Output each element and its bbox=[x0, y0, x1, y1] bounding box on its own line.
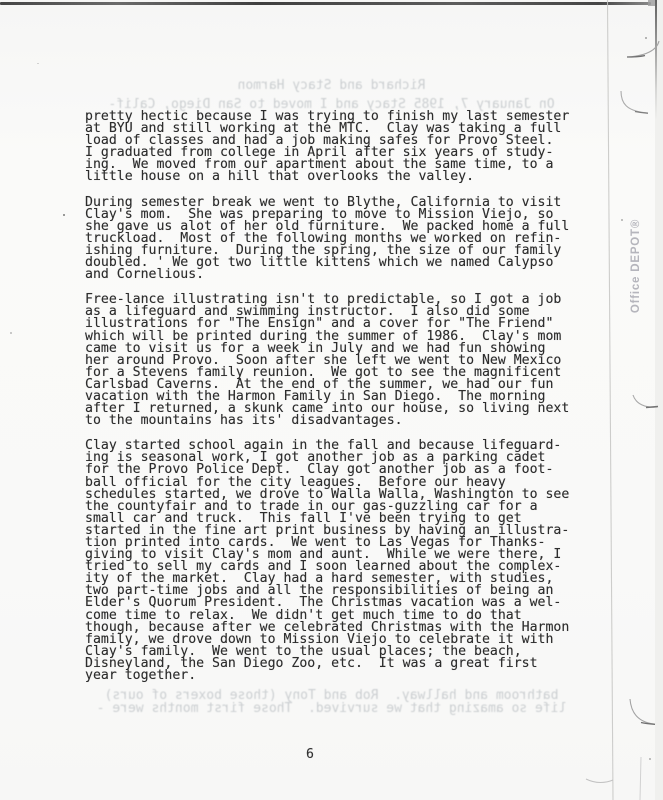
toner-speck bbox=[649, 758, 651, 760]
letter-paragraph: Free-lance illustrating isn't to predict… bbox=[85, 294, 585, 427]
bleedthrough-line: life so amazing that we survived. Those … bbox=[0, 701, 663, 716]
faint-edge-line bbox=[640, 757, 641, 800]
toner-speck bbox=[10, 332, 12, 334]
letter-paragraph: During semester break we went to Blythe,… bbox=[85, 197, 585, 282]
toner-speck bbox=[621, 219, 623, 221]
hole-curl-arc bbox=[633, 395, 657, 407]
toner-speck bbox=[37, 63, 39, 64]
paper-right-margin bbox=[655, 0, 663, 800]
scanned-letter-page: Richard and Stacy Harmon On January 7, 1… bbox=[0, 0, 663, 800]
hole-curl-arc-shadow bbox=[627, 56, 645, 58]
typed-letter-body: pretty hectic because I was trying to fi… bbox=[85, 111, 585, 695]
toner-speck bbox=[645, 37, 647, 39]
page-number: 6 bbox=[0, 747, 620, 762]
bleedthrough-title: Richard and Stacy Harmon bbox=[0, 78, 663, 93]
faint-curl-arc bbox=[586, 779, 613, 783]
crease-line bbox=[608, 0, 614, 800]
letter-paragraph: Clay started school again in the fall an… bbox=[85, 440, 585, 682]
toner-speck bbox=[63, 214, 65, 216]
scan-top-edge bbox=[0, 2, 651, 5]
hole-curl-arc-shadow bbox=[641, 723, 655, 725]
office-depot-watermark: Office DEPOT® bbox=[630, 219, 642, 313]
letter-paragraph: pretty hectic because I was trying to fi… bbox=[85, 111, 585, 184]
